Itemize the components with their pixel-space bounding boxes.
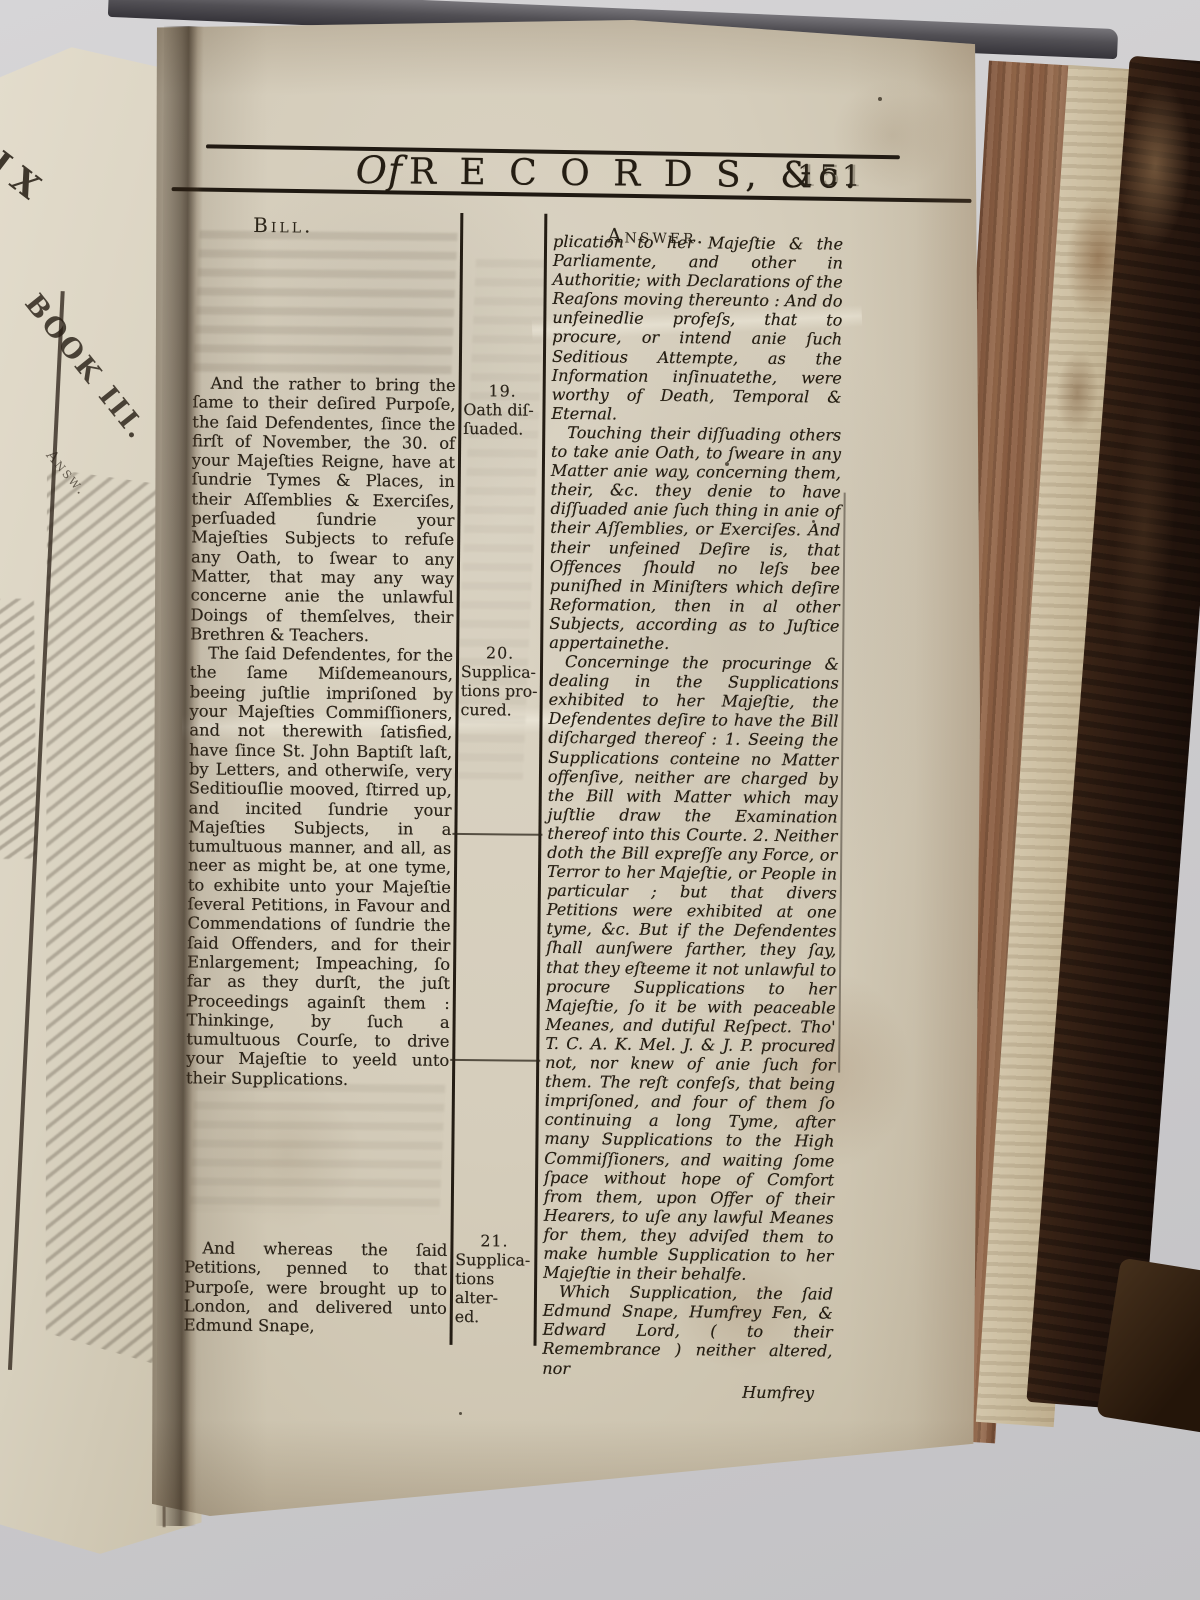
margin-note-text: Supplica- tions pro- cured. <box>461 662 540 720</box>
page-number: 151 <box>786 158 876 193</box>
margin-note-text: Supplica- tions alter- ed. <box>455 1250 534 1327</box>
ink-speck <box>332 1565 335 1568</box>
bill-paragraph: And whereas the ſaid Petitions, penned t… <box>184 1238 448 1337</box>
margin-note: 20. Supplica- tions pro- cured. <box>461 643 540 720</box>
catchword: Humfrey <box>542 1380 832 1402</box>
printed-text-block: OfR E C O R D S, &c. 151 Bill. Answer. A… <box>145 16 987 1529</box>
answer-column: plication to her Majeſtie & the Parliame… <box>542 232 843 1402</box>
bill-column: And the rather to bring the ſame to thei… <box>186 373 456 1089</box>
answer-paragraph: Which Supplication, the ſaid Edmund Snap… <box>542 1282 833 1380</box>
bill-column-continued: And whereas the ſaid Petitions, penned t… <box>184 1238 448 1337</box>
margin-note: 19. Oath diſ- ſuaded. <box>463 381 542 439</box>
bill-paragraph: And the rather to bring the ſame to thei… <box>190 373 456 646</box>
photo-background: IX BOOK III. Answ. OfR E C O R D S, &c. … <box>0 0 1200 1600</box>
bill-paragraph: The ſaid Defendentes, for the the ſame M… <box>186 644 453 1090</box>
right-page: OfR E C O R D S, &c. 151 Bill. Answer. A… <box>152 20 980 1525</box>
margin-divider-rule <box>450 1059 540 1062</box>
show-through-text <box>193 230 457 374</box>
show-through-text <box>189 1082 445 1214</box>
answer-paragraph: Concerninge the procuringe & dealing in … <box>543 652 839 1285</box>
margin-note-text: Oath diſ- ſuaded. <box>463 400 541 439</box>
page-title-prefix: Of <box>356 148 404 192</box>
left-page-distorted-text-fragment <box>0 599 37 860</box>
margin-note: 21. Supplica- tions alter- ed. <box>455 1231 534 1327</box>
margin-note-number: 20. <box>461 643 539 663</box>
margin-note-number: 21. <box>455 1231 533 1251</box>
margin-note-number: 19. <box>464 381 542 401</box>
page-title: OfR E C O R D S, &c. <box>356 148 772 196</box>
left-page-running-head-numeral: IX <box>0 144 56 214</box>
answer-paragraph: plication to her Majeſtie & the Parliame… <box>551 232 843 426</box>
bill-column-label: Bill. <box>253 213 313 238</box>
answer-paragraph: Touching their diſſuading others to take… <box>549 423 841 655</box>
left-page-running-head-title: BOOK III. <box>18 288 153 446</box>
gutter-shadow <box>156 26 204 1526</box>
margin-divider-rule <box>452 833 542 836</box>
